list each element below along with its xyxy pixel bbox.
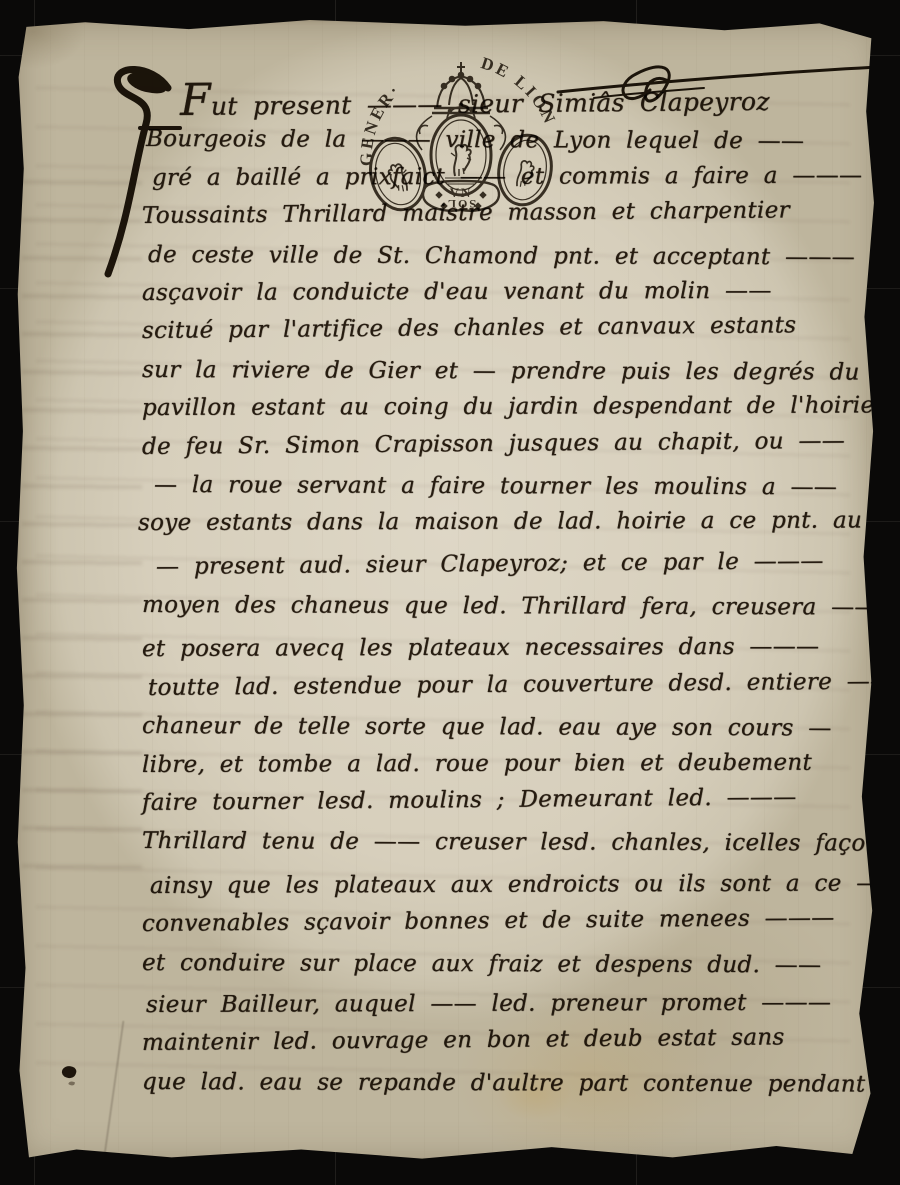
- ink-blot: [60, 1064, 77, 1080]
- manuscript-line: de ceste ville de St. Chamond pnt. et ac…: [148, 236, 862, 277]
- manuscript-line: Fut present ——— sieur Simiâs Clapeyroz: [180, 76, 862, 120]
- manuscript-line: chaneur de telle sorte que lad. eau aye …: [142, 707, 862, 748]
- photo-background: GENER· DE LION: [0, 0, 900, 1185]
- manuscript-line: pavillon estant au coing du jardin despe…: [142, 387, 862, 428]
- manuscript-line: sur la riviere de Gier et — prendre puis…: [142, 351, 862, 392]
- manuscript-line: Bourgeois de la ——— ville de Lyon lequel…: [146, 120, 862, 161]
- manuscript-line: Toussaints Thrillard maistre masson et c…: [142, 191, 862, 236]
- faint-margin-mark: [102, 1021, 125, 1170]
- manuscript-line: — present aud. sieur Clapeyroz; et ce pa…: [156, 542, 862, 587]
- manuscript-line: de feu Sr. Simon Crapisson jusques au ch…: [142, 421, 862, 466]
- manuscript-line: soye estants dans la maison de lad. hoir…: [138, 502, 862, 543]
- manuscript-text: Fut present ——— sieur Simiâs Clapeyroz B…: [142, 82, 862, 1101]
- manuscript-line: et conduire sur place aux fraiz et despe…: [142, 944, 862, 985]
- manuscript-line: maintenir led. ouvrage en bon et deub es…: [142, 1018, 862, 1063]
- manuscript-line: moyen des chaneus que led. Thrillard fer…: [142, 586, 862, 627]
- manuscript-line: toutte lad. estendue pour la couverture …: [148, 663, 862, 708]
- manuscript-line: — la roue servant a faire tourner les mo…: [154, 466, 862, 507]
- manuscript-line: Thrillard tenu de —— creuser lesd. chanl…: [142, 822, 862, 863]
- manuscript-line: convenables sçavoir bonnes et de suite m…: [142, 899, 862, 944]
- manuscript-page: GENER· DE LION: [16, 20, 880, 1162]
- manuscript-line: scitué par l'artifice des chanles et can…: [142, 306, 862, 351]
- manuscript-line: que lad. eau se repande d'aultre part co…: [142, 1063, 862, 1104]
- manuscript-line: faire tourner lesd. moulins ; Demeurant …: [142, 778, 862, 823]
